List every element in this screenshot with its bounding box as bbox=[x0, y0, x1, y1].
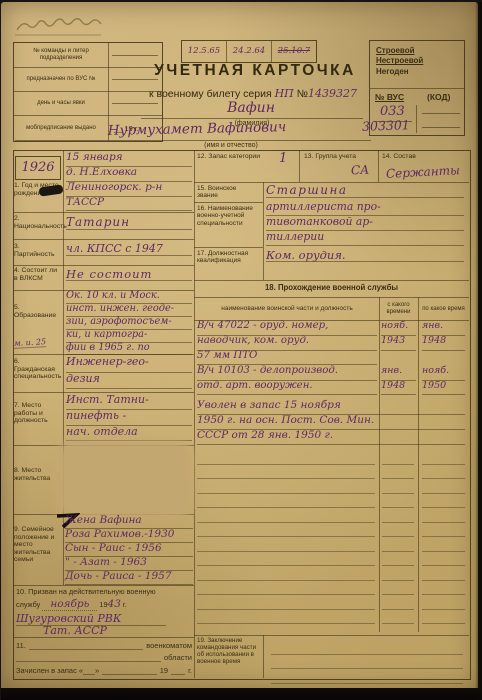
mob-row-label: предназначен по ВУС № bbox=[16, 68, 106, 90]
rank-entry: Старшина bbox=[266, 184, 464, 198]
entry-line: Сын - Раис - 1956 bbox=[65, 543, 193, 557]
entry-line: Роза Рахимов.-1930 bbox=[65, 529, 193, 543]
section-line bbox=[13, 445, 194, 446]
entry-line: артиллериста про- bbox=[266, 201, 464, 216]
entry-line: нач. отдела bbox=[66, 426, 192, 441]
ruled-blank-line bbox=[422, 508, 465, 523]
entry-line: В/ч 47022 - оруд. номер, bbox=[197, 321, 377, 336]
table-divider bbox=[418, 297, 419, 632]
entry-line: СССР от 28 янв. 1950 г. bbox=[197, 430, 465, 445]
col-header-unit: наименование воинской части и должность bbox=[197, 299, 377, 319]
service-entry-1-to: янв. 1948 bbox=[422, 321, 465, 351]
fitness-options: Строевой Нестроевой Негоден bbox=[376, 46, 423, 77]
reserve-enlist-line: Зачислен в запас «» 19 г. bbox=[16, 665, 192, 675]
field-label-7: 7. Место работы и должность bbox=[14, 402, 62, 425]
service-entry-1-from: нояб. 1943 bbox=[381, 321, 416, 351]
field-label-4: 4. Состоит ли в ВЛКСМ bbox=[14, 267, 62, 282]
drafted-word: службу bbox=[16, 600, 40, 609]
ruled-blank-line bbox=[382, 508, 414, 523]
serial-number-handwritten: 1439327 bbox=[308, 87, 357, 100]
date-line: нояб. bbox=[422, 366, 465, 381]
ruled-blank-line bbox=[422, 465, 465, 480]
section-line bbox=[13, 585, 194, 586]
blank-rule bbox=[422, 127, 460, 128]
civil-speciality-entry: Инженер-гео- дезия bbox=[66, 356, 192, 389]
reserve-category-handwritten: 1 bbox=[279, 152, 287, 166]
date-line: 1943 bbox=[381, 336, 416, 351]
ruled-blank-line bbox=[197, 465, 375, 480]
section-line bbox=[194, 297, 469, 298]
discharge-entry: Уволен в запас 15 ноября 1950 г. на осн.… bbox=[197, 400, 465, 445]
name-caption: (имя и отчество) bbox=[121, 142, 341, 150]
divider bbox=[299, 150, 300, 182]
date-line: янв. bbox=[422, 321, 465, 336]
number-sign: № bbox=[297, 88, 308, 100]
blurred-redacted-area bbox=[65, 449, 185, 511]
entry-line: тивотанковой ар- bbox=[266, 216, 464, 231]
blank-to-rows bbox=[422, 450, 465, 624]
ruled-blank-line bbox=[382, 552, 414, 567]
rule-line bbox=[15, 140, 371, 141]
ruled-blank-line bbox=[422, 523, 465, 538]
ruled-blank-line bbox=[422, 566, 465, 581]
ruled-blank-line bbox=[422, 581, 465, 596]
section-line bbox=[13, 637, 194, 638]
ruled-blank-line bbox=[271, 669, 463, 684]
date-line: янв. bbox=[381, 366, 416, 381]
draft-region-entry: Тат. АССР bbox=[43, 625, 163, 637]
year-prefix: 19 bbox=[99, 600, 107, 609]
entry-line: Дочь - Раиса - 1957 bbox=[65, 571, 193, 585]
col-header-to: по какое время bbox=[420, 299, 467, 319]
speciality-entry: артиллериста про- тивотанковой ар- тилле… bbox=[266, 201, 464, 246]
field-label-10: 10. Призван на действительную военную bbox=[16, 588, 192, 596]
ruled-blank-line bbox=[422, 494, 465, 509]
reserve-year-suffix: г. bbox=[188, 667, 192, 675]
service-table-title: 18. Прохождение военной службы bbox=[194, 284, 469, 293]
serial-line: к военному билету серия НП №1439327 bbox=[149, 88, 369, 100]
ruled-blank-line bbox=[382, 479, 414, 494]
ruled-blank-line bbox=[197, 537, 375, 552]
qualification-entry: Ком. орудия. bbox=[266, 249, 464, 262]
field-label-12: 12. Запас категории bbox=[197, 153, 263, 161]
draft-year-handwritten: 43 bbox=[108, 598, 121, 610]
ruled-blank-line bbox=[271, 655, 463, 670]
surname-handwritten: Вафин bbox=[141, 101, 361, 116]
ruled-blank-line bbox=[197, 523, 375, 538]
field-label-14: 14. Состав bbox=[382, 153, 452, 161]
oblast-word: области bbox=[164, 654, 192, 662]
mob-row-label: № команды и литер подразделения bbox=[16, 44, 106, 66]
ruled-blank-line bbox=[197, 479, 375, 494]
illegible-scribble bbox=[13, 14, 108, 40]
draft-month-handwritten: ноябрь bbox=[42, 598, 97, 611]
service-entry-1: В/ч 47022 - оруд. номер, наводчик, ком. … bbox=[197, 321, 377, 365]
field-label-3: 3. Партийность bbox=[14, 243, 62, 258]
stamp-date-box: 12.5.65 24.2.64 25.10.7 bbox=[181, 40, 317, 63]
ruled-blank-line bbox=[197, 566, 375, 581]
blank-rule bbox=[29, 640, 143, 650]
stamp-date: 25.10.7 bbox=[272, 41, 316, 62]
service-entry-2-to: нояб. 1950 bbox=[422, 366, 465, 395]
fitness-option: Строевой bbox=[376, 46, 423, 56]
field-label-5: 5. Образование bbox=[14, 304, 62, 319]
ruled-blank-line bbox=[422, 595, 465, 610]
entry-line: дезия bbox=[66, 373, 192, 389]
workplace-entry: Инст. Татни- пинефть - нач. отдела bbox=[66, 394, 192, 441]
date-line: 1948 bbox=[381, 381, 416, 395]
margin-note: м. и. 25 bbox=[14, 338, 47, 349]
stamp-date: 24.2.64 bbox=[227, 41, 271, 62]
service-entry-2: В/ч 10103 - делопроизвод. отд. арт. воор… bbox=[197, 366, 377, 395]
photo-edge-bottom bbox=[1, 688, 482, 700]
entry-line: 1950 г. на осн. Пост. Сов. Мин. bbox=[197, 415, 465, 430]
drafted-line: службу ноябрь 1943 г. bbox=[16, 599, 192, 610]
entry-line: фии в 1965 г. по bbox=[66, 343, 192, 355]
blank-service-rows bbox=[197, 450, 375, 624]
right-label-divider bbox=[263, 182, 264, 280]
ruled-blank-line bbox=[197, 552, 375, 567]
label-divider-line bbox=[194, 247, 263, 248]
ruled-blank-line bbox=[197, 581, 375, 596]
reserve-year-prefix: 19 bbox=[160, 667, 168, 675]
ruled-blank-line bbox=[382, 581, 414, 596]
field-11: 11. военкоматом области Зачислен в запас… bbox=[16, 640, 192, 675]
section-line bbox=[194, 280, 469, 281]
mob-row-label: день и часы явки bbox=[16, 92, 106, 114]
entry-line: Инст. Татни- bbox=[66, 394, 192, 410]
ruled-blank-line bbox=[197, 450, 375, 465]
field-label-17: 17. Должностная квалификация bbox=[197, 250, 259, 265]
table-divider bbox=[379, 297, 380, 632]
ruled-blank-line bbox=[382, 595, 414, 610]
entry-line: д. Н.Елховка bbox=[66, 167, 192, 182]
entry-line: 57 мм ПТО bbox=[197, 351, 377, 365]
service-entry-2-from: янв. 1948 bbox=[381, 366, 416, 395]
entry-line: В/ч 10103 - делопроизвод. bbox=[197, 366, 377, 381]
ruled-blank-line bbox=[422, 552, 465, 567]
education-entry: Ок. 10 кл. и Моск. инст. инжен. геоде- з… bbox=[66, 291, 192, 355]
conclusion-blank-rows bbox=[271, 640, 463, 684]
ruled-blank-line bbox=[382, 465, 414, 480]
blank-rule bbox=[16, 652, 161, 662]
ruled-blank-line bbox=[382, 523, 414, 538]
stamp-date: 12.5.65 bbox=[182, 41, 226, 62]
section-line bbox=[13, 212, 194, 213]
field-label-6: 6. Гражданская специальность bbox=[14, 358, 62, 381]
entry-line: наводчик, ком. оруд. bbox=[197, 336, 377, 351]
komsomol-entry: Не состоит bbox=[66, 268, 192, 281]
right-label-divider bbox=[263, 635, 264, 678]
entry-line: " - Азат - 1963 bbox=[65, 557, 193, 571]
voenkomat-word: военкоматом bbox=[146, 642, 192, 650]
ruled-blank-line bbox=[422, 537, 465, 552]
field-label-19: 19. Заключение командования части об исп… bbox=[197, 638, 260, 666]
blank-rule bbox=[112, 55, 158, 56]
nationality-entry: Татарин bbox=[66, 216, 192, 230]
page-title: УЧЕТНАЯ КАРТОЧКА bbox=[139, 62, 371, 80]
entry-line: Жена Вафина bbox=[65, 515, 193, 529]
fitness-option: Негоден bbox=[376, 67, 423, 77]
ruled-blank-line bbox=[382, 537, 414, 552]
section-line bbox=[13, 239, 194, 240]
col-header-from: с какого времени bbox=[381, 299, 416, 319]
ruled-blank-line bbox=[197, 494, 375, 509]
blank-rule bbox=[171, 665, 185, 675]
entry-line: 15 января bbox=[66, 152, 192, 167]
label-divider-line bbox=[194, 202, 263, 203]
field-label-8: 8. Место жительства bbox=[14, 467, 62, 482]
date-line: 1950 bbox=[422, 381, 465, 395]
entry-line: Лениногорск. р-н bbox=[66, 182, 192, 197]
code-col-header: (КОД) bbox=[427, 93, 450, 103]
entry-line: Уволен в запас 15 ноября bbox=[197, 400, 465, 415]
voenkomat-line: 11. военкоматом bbox=[16, 640, 192, 650]
entry-line: Инженер-гео- bbox=[66, 356, 192, 373]
main-column-divider bbox=[194, 150, 195, 678]
entry-line: ТАССР bbox=[66, 197, 192, 211]
field-label-13: 13. Группа учета bbox=[304, 153, 376, 161]
birth-year-box: 1926 bbox=[15, 156, 61, 180]
entry-line: отд. арт. вооружен. bbox=[197, 381, 377, 395]
ruled-blank-line bbox=[382, 450, 414, 465]
year-suffix: г. bbox=[123, 600, 127, 609]
blank-from-rows bbox=[382, 450, 414, 624]
oblast-line: области bbox=[16, 652, 192, 662]
card-paper: № команды и литер подразделения предназн… bbox=[1, 2, 478, 690]
divider bbox=[378, 150, 379, 182]
serial-prefix: к военному билету серия bbox=[149, 88, 272, 100]
ruled-blank-line bbox=[197, 508, 375, 523]
ruled-blank-line bbox=[382, 566, 414, 581]
ruled-blank-line bbox=[382, 494, 414, 509]
ruled-blank-line bbox=[271, 640, 463, 655]
fitness-option: Нестроевой bbox=[376, 56, 423, 66]
divider bbox=[416, 105, 417, 133]
family-entry: Жена Вафина Роза Рахимов.-1930 Сын - Раи… bbox=[65, 515, 193, 585]
ruled-blank-line bbox=[422, 450, 465, 465]
blank-rule bbox=[102, 665, 157, 675]
field-number: 11. bbox=[16, 642, 26, 650]
ruled-blank-line bbox=[422, 479, 465, 494]
birth-place-entry: 15 января д. Н.Елховка Лениногорск. р-н … bbox=[66, 152, 192, 211]
ruled-blank-line bbox=[197, 595, 375, 610]
field-label-16: 16. Наименование военно-учетной специаль… bbox=[197, 205, 259, 227]
field-label-2: 2. Национальность bbox=[14, 215, 62, 230]
section-line bbox=[13, 265, 194, 266]
ruled-blank-line bbox=[422, 610, 465, 625]
blank-rule bbox=[422, 113, 460, 114]
date-line: 1948 bbox=[422, 336, 465, 351]
serial-series-handwritten: НП bbox=[275, 87, 294, 100]
entry-line: пинефть - bbox=[66, 410, 192, 426]
vus-code-handwritten: 303301 bbox=[362, 118, 410, 133]
section-line bbox=[194, 635, 469, 636]
date-line: нояб. bbox=[381, 321, 416, 336]
ruled-blank-line bbox=[382, 610, 414, 625]
field-label-9: 9. Семейное положение и место жительства… bbox=[14, 526, 62, 564]
ruled-blank-line bbox=[197, 610, 375, 625]
reserve-enlist-label: Зачислен в запас bbox=[16, 667, 77, 675]
divider bbox=[370, 88, 464, 89]
entry-line: тиллерии bbox=[266, 231, 464, 246]
fitness-vus-box: Строевой Нестроевой Негоден № ВУС (КОД) … bbox=[369, 40, 465, 136]
party-entry: чл. КПСС с 1947 bbox=[66, 243, 192, 256]
record-group-handwritten: СА bbox=[351, 164, 370, 177]
photo-edge-right bbox=[475, 2, 482, 700]
field-label-15: 15. Воинское звание bbox=[197, 185, 259, 200]
vus-col-header: № ВУС bbox=[375, 93, 404, 103]
